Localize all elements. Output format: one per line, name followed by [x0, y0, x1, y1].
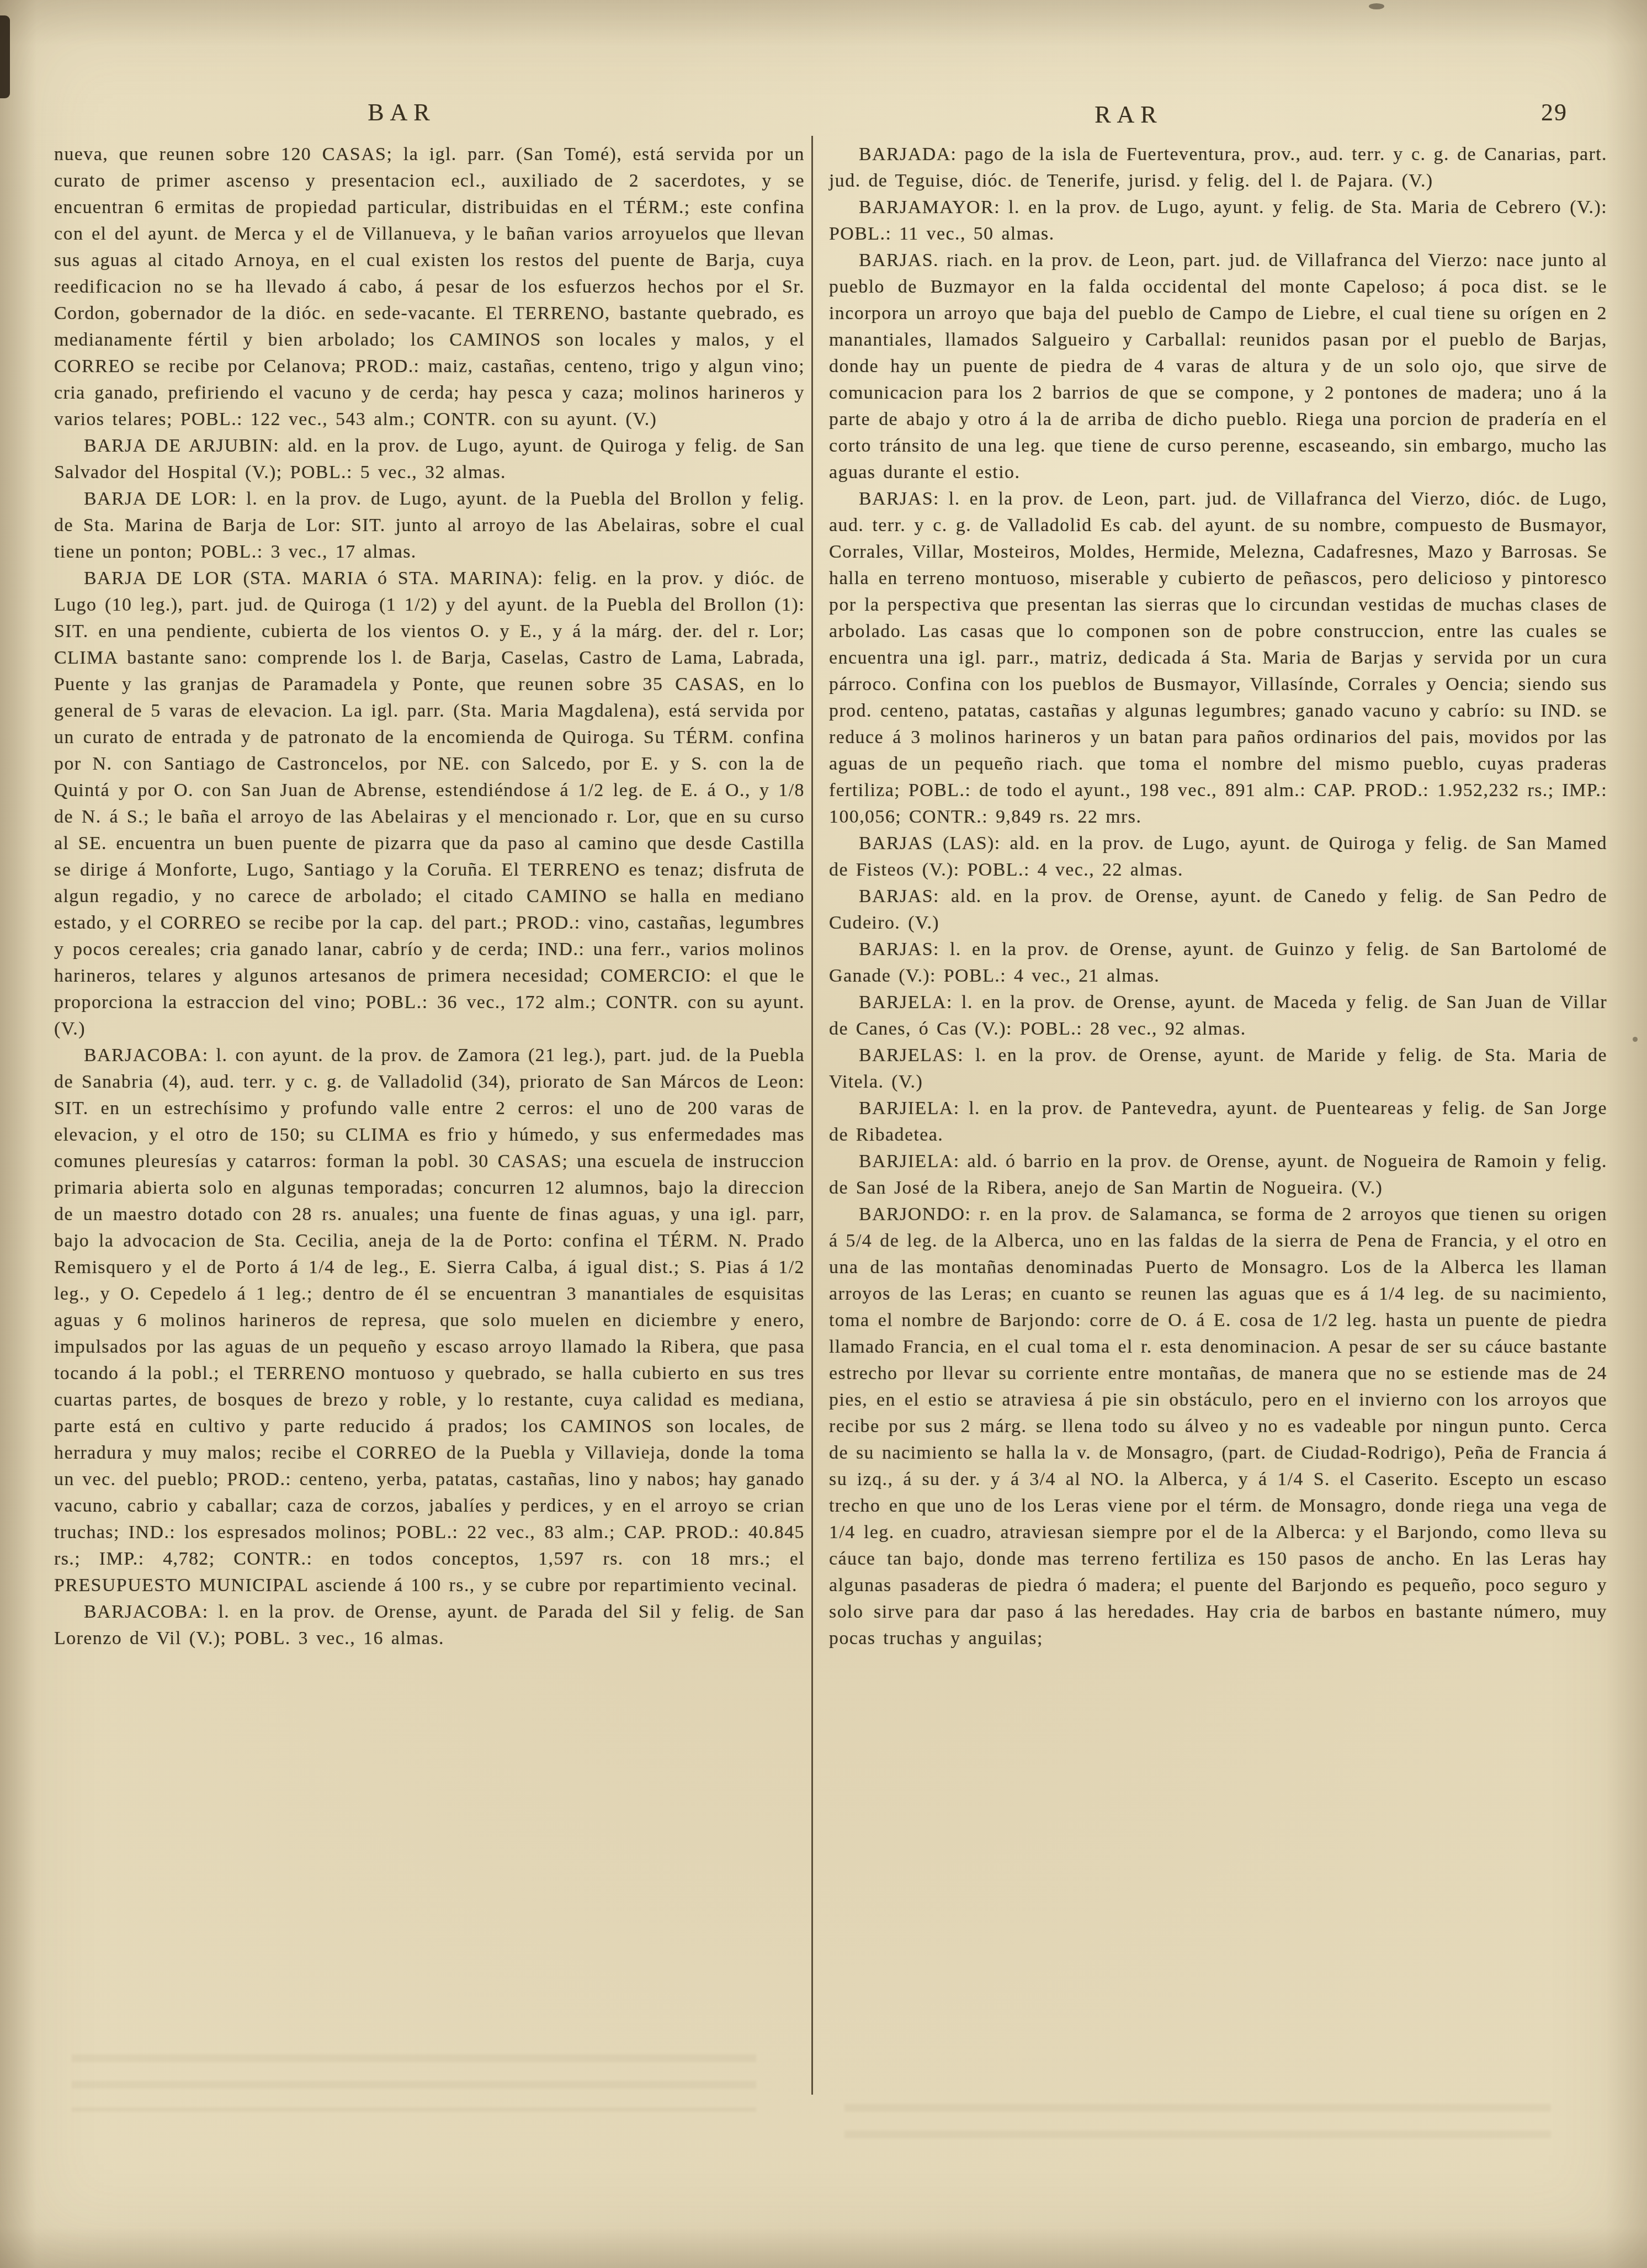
scan-artifact-right-speck — [1633, 1037, 1638, 1042]
entry-paragraph: BARJAMAYOR: l. en la prov. de Lugo, ayun… — [829, 194, 1607, 247]
ink-bleed-through-left — [72, 2046, 756, 2112]
entry-paragraph: BARJIELA: ald. ó barrio en la prov. de O… — [829, 1148, 1607, 1201]
scan-artifact-left-edge — [0, 15, 10, 98]
entry-paragraph: BARJAS: ald. en la prov. de Orense, ayun… — [829, 883, 1607, 936]
running-title-right: RAR — [828, 100, 1430, 129]
entry-paragraph: BARJAS: l. en la prov. de Orense, ayunt.… — [829, 936, 1607, 989]
entry-paragraph: BARJACOBA: l. con ayunt. de la prov. de … — [54, 1042, 805, 1599]
ink-bleed-through-right — [844, 2095, 1551, 2148]
entry-paragraph: BARJIELA: l. en la prov. de Pantevedra, … — [829, 1095, 1607, 1148]
entry-paragraph-continuation: nueva, que reunen sobre 120 CASAS; la ig… — [54, 141, 805, 433]
entry-paragraph: BARJA DE LOR: l. en la prov. de Lugo, ay… — [54, 486, 805, 565]
page-number: 29 — [1485, 98, 1568, 126]
entry-paragraph: BARJADA: pago de la isla de Fuerteventur… — [829, 141, 1607, 194]
entry-paragraph: BARJAS (LAS): ald. en la prov. de Lugo, … — [829, 830, 1607, 883]
entry-paragraph: BARJA DE ARJUBIN: ald. en la prov. de Lu… — [54, 433, 805, 486]
entry-paragraph: BARJACOBA: l. en la prov. de Orense, ayu… — [54, 1599, 805, 1652]
entry-paragraph: BARJAS. riach. en la prov. de Leon, part… — [829, 247, 1607, 486]
left-column: nueva, que reunen sobre 120 CASAS; la ig… — [54, 141, 805, 1652]
column-divider-rule — [811, 136, 813, 2095]
scan-artifact-top-dot — [1369, 3, 1384, 9]
entry-paragraph: BARJAS: l. en la prov. de Leon, part. ju… — [829, 486, 1607, 830]
entry-paragraph: BARJELA: l. en la prov. de Orense, ayunt… — [829, 989, 1607, 1042]
entry-paragraph: BARJELAS: l. en la prov. de Orense, ayun… — [829, 1042, 1607, 1095]
entry-paragraph: BARJONDO: r. en la prov. de Salamanca, s… — [829, 1201, 1607, 1652]
right-column: BARJADA: pago de la isla de Fuerteventur… — [829, 141, 1607, 1652]
entry-paragraph: BARJA DE LOR (STA. MARIA ó STA. MARINA):… — [54, 565, 805, 1042]
running-title-left: BAR — [54, 98, 750, 126]
